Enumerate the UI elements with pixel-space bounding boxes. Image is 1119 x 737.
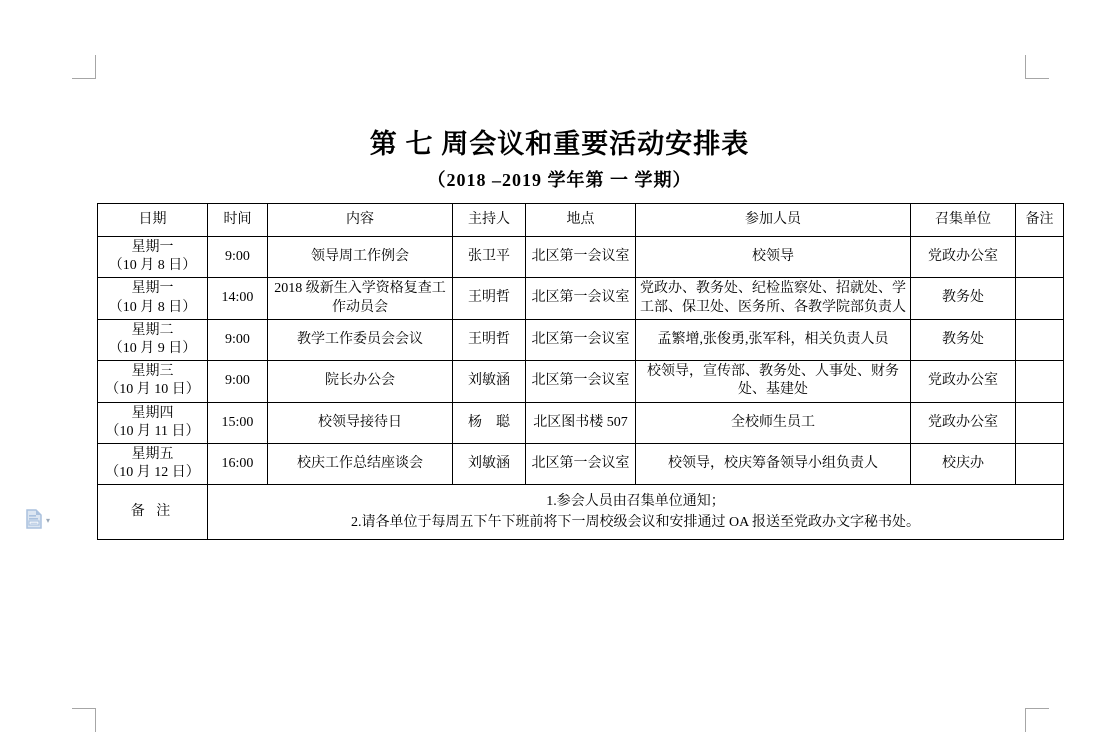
time-cell: 9:00: [208, 361, 268, 402]
date-text: （10 月 12 日）: [102, 464, 203, 482]
date-text: （10 月 8 日）: [102, 299, 203, 317]
weekday-text: 星期三: [102, 363, 203, 381]
note-cell: [1016, 319, 1064, 360]
weekday-text: 星期四: [102, 405, 203, 423]
participants-cell: 校领导，宣传部、教务处、人事处、财务处、基建处: [636, 361, 911, 402]
participants-cell: 党政办、教务处、纪检监察处、招就处、学工部、保卫处、医务所、各教学院部负责人: [636, 278, 911, 319]
participants-cell: 校领导: [636, 237, 911, 278]
host-cell: 刘敏涵: [453, 361, 526, 402]
location-cell: 北区第一会议室: [526, 361, 636, 402]
note-cell: [1016, 237, 1064, 278]
col-header-participants: 参加人员: [636, 204, 911, 237]
col-header-note: 备注: [1016, 204, 1064, 237]
location-cell: 北区第一会议室: [526, 278, 636, 319]
organizer-cell: 党政办公室: [911, 237, 1016, 278]
table-row: 星期二 （10 月 9 日） 9:00 教学工作委员会会议 王明哲 北区第一会议…: [98, 319, 1064, 360]
schedule-table: 日期 时间 内容 主持人 地点 参加人员 召集单位 备注 星期一 （10 月 8…: [97, 203, 1064, 540]
content-cell: 院长办公会: [268, 361, 453, 402]
content-cell: 2018 级新生入学资格复查工作动员会: [268, 278, 453, 319]
col-header-organizer: 召集单位: [911, 204, 1016, 237]
col-header-host: 主持人: [453, 204, 526, 237]
margin-crop-mark-top-right: [1025, 55, 1049, 79]
location-cell: 北区图书楼 507: [526, 402, 636, 443]
notes-row: 备 注 1.参会人员由召集单位通知； 2.请各单位于每周五下午下班前将下一周校级…: [98, 485, 1064, 540]
organizer-cell: 教务处: [911, 278, 1016, 319]
location-cell: 北区第一会议室: [526, 443, 636, 484]
table-row: 星期三 （10 月 10 日） 9:00 院长办公会 刘敏涵 北区第一会议室 校…: [98, 361, 1064, 402]
notes-line-2: 2.请各单位于每周五下午下班前将下一周校级会议和安排通过 OA 报送至党政办文字…: [212, 512, 1059, 534]
col-header-location: 地点: [526, 204, 636, 237]
margin-crop-mark-bottom-left: [72, 708, 96, 732]
weekday-text: 星期五: [102, 446, 203, 464]
document-page: ▾ 第 七 周会议和重要活动安排表 （2018 –2019 学年第 一 学期） …: [0, 0, 1119, 737]
organizer-cell: 教务处: [911, 319, 1016, 360]
time-cell: 14:00: [208, 278, 268, 319]
chevron-down-icon: ▾: [46, 516, 50, 525]
time-cell: 15:00: [208, 402, 268, 443]
weekday-text: 星期二: [102, 322, 203, 340]
notes-label-cell: 备 注: [98, 485, 208, 540]
host-cell: 王明哲: [453, 278, 526, 319]
note-cell: [1016, 361, 1064, 402]
content-cell: 领导周工作例会: [268, 237, 453, 278]
notes-content-cell: 1.参会人员由召集单位通知； 2.请各单位于每周五下午下班前将下一周校级会议和安…: [208, 485, 1064, 540]
note-cell: [1016, 402, 1064, 443]
paste-options-icon: [26, 509, 43, 530]
paste-options-button[interactable]: ▾: [26, 509, 50, 530]
time-cell: 9:00: [208, 319, 268, 360]
notes-line-1: 1.参会人员由召集单位通知；: [212, 491, 1059, 513]
organizer-cell: 党政办公室: [911, 402, 1016, 443]
weekday-text: 星期一: [102, 280, 203, 298]
col-header-date: 日期: [98, 204, 208, 237]
note-cell: [1016, 278, 1064, 319]
margin-crop-mark-bottom-right: [1025, 708, 1049, 732]
host-cell: 王明哲: [453, 319, 526, 360]
date-text: （10 月 8 日）: [102, 257, 203, 275]
col-header-content: 内容: [268, 204, 453, 237]
date-cell: 星期二 （10 月 9 日）: [98, 319, 208, 360]
participants-cell: 校领导，校庆筹备领导小组负责人: [636, 443, 911, 484]
col-header-time: 时间: [208, 204, 268, 237]
table-row: 星期四 （10 月 11 日） 15:00 校领导接待日 杨 聪 北区图书楼 5…: [98, 402, 1064, 443]
host-cell: 刘敏涵: [453, 443, 526, 484]
participants-cell: 全校师生员工: [636, 402, 911, 443]
participants-cell: 孟繁增,张俊勇,张军科，相关负责人员: [636, 319, 911, 360]
date-text: （10 月 10 日）: [102, 381, 203, 399]
content-cell: 教学工作委员会会议: [268, 319, 453, 360]
host-cell: 杨 聪: [453, 402, 526, 443]
time-cell: 16:00: [208, 443, 268, 484]
weekday-text: 星期一: [102, 239, 203, 257]
date-cell: 星期一 （10 月 8 日）: [98, 278, 208, 319]
organizer-cell: 校庆办: [911, 443, 1016, 484]
margin-crop-mark-top-left: [72, 55, 96, 79]
table-row: 星期一 （10 月 8 日） 14:00 2018 级新生入学资格复查工作动员会…: [98, 278, 1064, 319]
location-cell: 北区第一会议室: [526, 237, 636, 278]
time-cell: 9:00: [208, 237, 268, 278]
date-cell: 星期四 （10 月 11 日）: [98, 402, 208, 443]
date-cell: 星期一 （10 月 8 日）: [98, 237, 208, 278]
table-row: 星期一 （10 月 8 日） 9:00 领导周工作例会 张卫平 北区第一会议室 …: [98, 237, 1064, 278]
content-cell: 校庆工作总结座谈会: [268, 443, 453, 484]
page-title: 第 七 周会议和重要活动安排表: [0, 122, 1119, 161]
date-cell: 星期五 （10 月 12 日）: [98, 443, 208, 484]
date-text: （10 月 9 日）: [102, 340, 203, 358]
date-text: （10 月 11 日）: [102, 423, 203, 441]
location-cell: 北区第一会议室: [526, 319, 636, 360]
host-cell: 张卫平: [453, 237, 526, 278]
organizer-cell: 党政办公室: [911, 361, 1016, 402]
table-row: 星期五 （10 月 12 日） 16:00 校庆工作总结座谈会 刘敏涵 北区第一…: [98, 443, 1064, 484]
content-cell: 校领导接待日: [268, 402, 453, 443]
header-row: 日期 时间 内容 主持人 地点 参加人员 召集单位 备注: [98, 204, 1064, 237]
note-cell: [1016, 443, 1064, 484]
date-cell: 星期三 （10 月 10 日）: [98, 361, 208, 402]
page-subtitle: （2018 –2019 学年第 一 学期）: [0, 166, 1119, 192]
